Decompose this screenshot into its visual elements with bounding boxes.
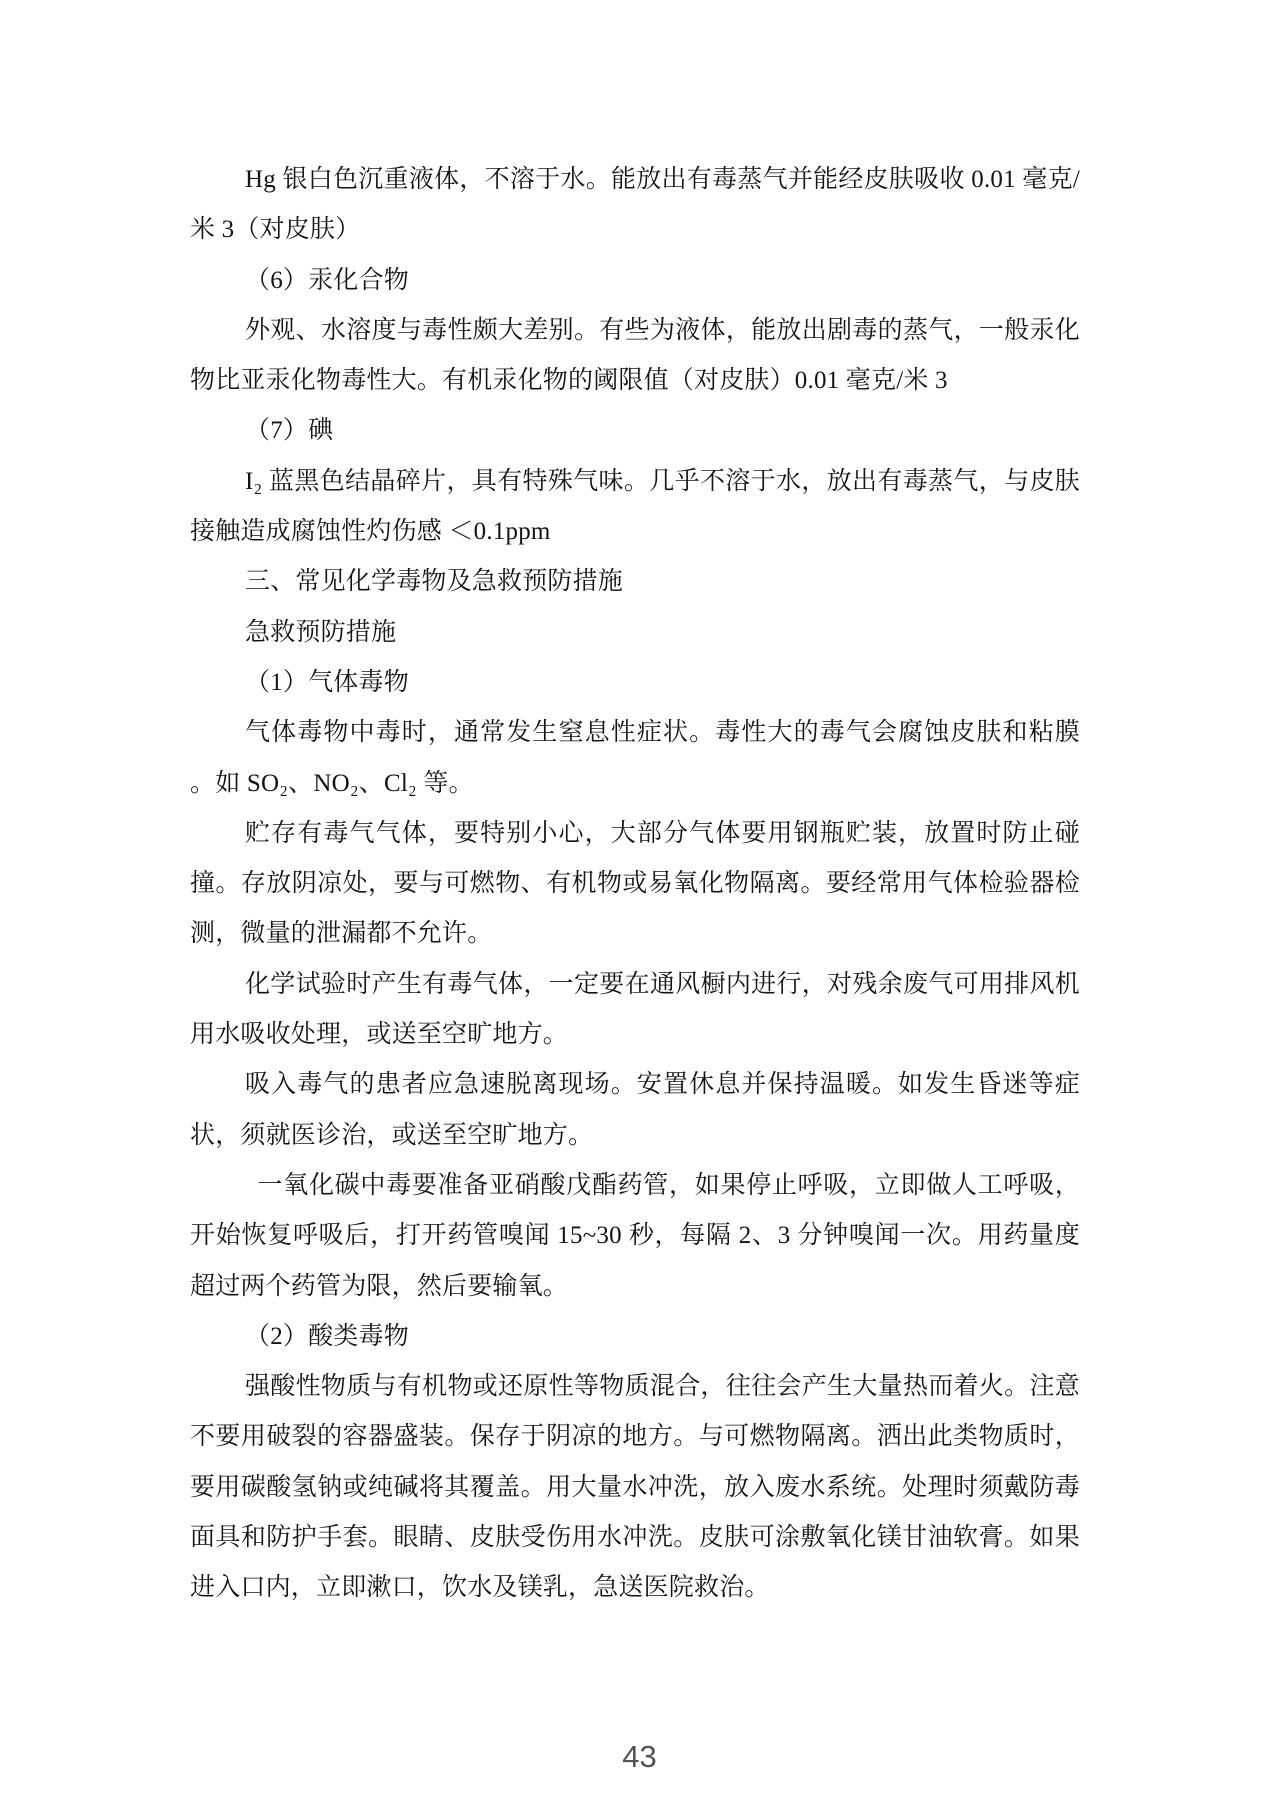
paragraph-hg-description: Hg 银白色沉重液体，不溶于水。能放出有毒蒸气并能经皮肤吸收 0.01 毫克/米…: [190, 155, 1080, 256]
paragraph-heading-6-mercury-compounds: （6）汞化合物: [190, 256, 1080, 306]
paragraph-carbon-monoxide: 一氧化碳中毒要准备亚硝酸戊酯药管，如果停止呼吸，立即做人工呼吸，开始恢复呼吸后，…: [190, 1161, 1080, 1312]
paragraph-heading-1-gas-toxins: （1）气体毒物: [190, 658, 1080, 708]
paragraph-heading-2-acid-toxins: （2）酸类毒物: [190, 1312, 1080, 1362]
paragraph-section-3-heading: 三、常见化学毒物及急救预防措施: [190, 557, 1080, 607]
document-page: Hg 银白色沉重液体，不溶于水。能放出有毒蒸气并能经皮肤吸收 0.01 毫克/米…: [0, 0, 1279, 1809]
paragraph-iodine-description: I₂ 蓝黑色结晶碎片，具有特殊气味。几乎不溶于水，放出有毒蒸气，与皮肤接触造成腐…: [190, 457, 1080, 558]
page-number: 43: [622, 1738, 656, 1776]
paragraph-acid-toxins-description: 强酸性物质与有机物或还原性等物质混合，往往会产生大量热而着火。注意不要用破裂的容…: [190, 1362, 1080, 1613]
paragraph-mercury-compounds-description: 外观、水溶度与毒性颇大差别。有些为液体，能放出剧毒的蒸气，一般汞化物比亚汞化物毒…: [190, 306, 1080, 407]
document-body: Hg 银白色沉重液体，不溶于水。能放出有毒蒸气并能经皮肤吸收 0.01 毫克/米…: [190, 155, 1080, 1614]
paragraph-first-aid-subheading: 急救预防措施: [190, 608, 1080, 658]
paragraph-gas-toxin-symptoms: 气体毒物中毒时，通常发生窒息性症状。毒性大的毒气会腐蚀皮肤和粘膜 。如 SO₂、…: [190, 708, 1080, 809]
paragraph-inhalation-treatment: 吸入毒气的患者应急速脱离现场。安置休息并保持温暖。如发生昏迷等症状，须就医诊治，…: [190, 1060, 1080, 1161]
page-footer: 43: [0, 1738, 1279, 1776]
paragraph-fume-hood: 化学试验时产生有毒气体，一定要在通风橱内进行，对残余废气可用排风机用水吸收处理，…: [190, 960, 1080, 1061]
paragraph-heading-7-iodine: （7）碘: [190, 406, 1080, 456]
paragraph-gas-storage: 贮存有毒气气体，要特别小心，大部分气体要用钢瓶贮装，放置时防止碰撞。存放阴凉处，…: [190, 809, 1080, 960]
